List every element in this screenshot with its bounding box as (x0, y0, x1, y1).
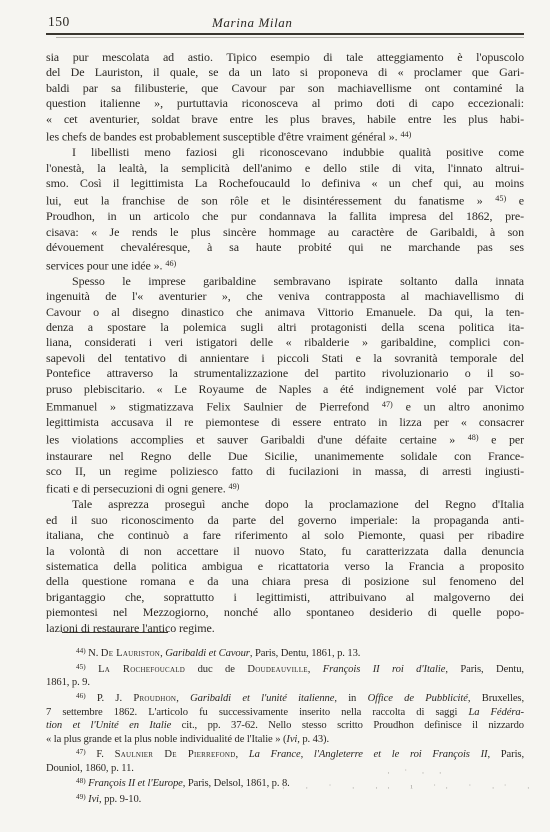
footnote-reference: 45) (495, 194, 506, 203)
text-segment: Spesso le imprese garibaldine sembravano… (72, 274, 524, 288)
text-line: sia pur mescolata ad astio. Tipico esemp… (46, 50, 524, 65)
text-segment: Garibaldi et l'unité italienne (190, 693, 334, 704)
text-line: les chefs de bandes est probablement sus… (46, 127, 524, 145)
text-segment: la volontà di non accettare il nuovo Sta… (46, 544, 524, 558)
footnote-reference: 46) (76, 692, 86, 700)
text-line: « la plus grande et la plus noble indivi… (46, 733, 524, 747)
text-line: 46) P. J. Proudhon, Garibaldi et l'unité… (46, 690, 524, 706)
text-segment: dévouement chevaléresque, à sa haute pro… (46, 240, 524, 254)
text-segment: question italienne », purtuttavia ricono… (46, 96, 524, 110)
text-segment: Office de Pubblicité (368, 693, 468, 704)
text-line: piemontesi nel Mezzogiorno, nonché allo … (46, 605, 524, 620)
text-line: Douniol, 1860, p. 11. (46, 762, 524, 776)
footnote-rule (62, 632, 168, 633)
text-segment: della questione romana e da una chiara p… (46, 574, 524, 588)
text-line: Spesso le imprese garibaldine sembravano… (46, 274, 524, 289)
text-line: 1861, p. 9. (46, 676, 524, 690)
paragraph: Tale asprezza proseguì anche dopo la pro… (46, 497, 524, 636)
text-line: les violations accomplies et sauver Gari… (46, 430, 524, 448)
text-segment: Cavour o al disegno dinastico che animav… (46, 305, 524, 319)
footnote: 47) F. Saulnier De Pierrefond, La France… (46, 746, 524, 775)
text-line: dévouement chevaléresque, à sa haute pro… (46, 240, 524, 255)
text-segment: , (236, 749, 249, 760)
text-segment: La Rochefoucald (98, 664, 185, 675)
text-line: 7 settembre 1862. L'articolo fu successi… (46, 706, 524, 720)
text-line: ed il suo riconoscimento da parte del go… (46, 513, 524, 528)
text-segment: tion et l'Unité en Italie (46, 720, 171, 731)
text-line: pruso plebiscitario. « Le Royaume de Nap… (46, 382, 524, 397)
text-line: 45) La Rochefoucald duc de Doudeauville,… (46, 661, 524, 677)
text-line: baldi par sa filibusterie, que Cavour pa… (46, 81, 524, 96)
text-segment: , (308, 664, 323, 675)
text-line: smo. Così il legittimista La Rochefoucau… (46, 176, 524, 191)
text-segment: brigantaggio che, soprattutto i legittim… (46, 590, 524, 604)
text-segment: N. (86, 648, 101, 659)
text-segment: Garibaldi et Cavour (165, 648, 250, 659)
text-line: 47) F. Saulnier De Pierrefond, La France… (46, 746, 524, 762)
text-line: ingenuità de l'« aventurier », che veniv… (46, 289, 524, 304)
text-segment: del De Lauriston, il quale, se da un lat… (46, 65, 524, 79)
text-line: Proudhon, in un articolo che pur condann… (46, 209, 524, 224)
text-segment: les violations accomplies et sauver Gari… (46, 433, 468, 447)
text-segment: e un altro anonimo (393, 400, 524, 414)
footnote-reference: 45) (76, 663, 86, 671)
footnote-reference: 44) (76, 647, 86, 655)
scanned-page: { "colors": { "paper": "#f6f5f1", "ink":… (0, 0, 550, 832)
text-segment: l'onestà, la lealtà, la semplicità dell'… (46, 161, 524, 175)
scan-noise: · · ˙ · ·· ¹ ˙· ˙ ·˙ · · · ˙ (282, 783, 550, 793)
text-segment: , in (334, 693, 367, 704)
text-segment: « la plus grande et la plus noble indivi… (46, 734, 286, 745)
footnote-reference: 49) (229, 482, 240, 491)
text-segment: les chefs de bandes est probablement sus… (46, 130, 400, 144)
text-segment: Emmanuel » stigmatizzava Felix Saulnier … (46, 400, 382, 414)
text-line: sco II, un regime poliziesco fatto di fu… (46, 464, 524, 479)
text-line: la volontà di non accettare il nuovo Sta… (46, 544, 524, 559)
header-rule (46, 33, 524, 35)
text-segment: Douniol, 1860, p. 11. (46, 763, 134, 774)
text-segment: liana, considerati i veri istigatori del… (46, 335, 524, 349)
text-segment: , p. 43). (297, 734, 329, 745)
text-segment: cisava: « Je rends le plus sincère homma… (46, 225, 524, 239)
text-segment: ficati e di persecuzioni di ogni genere. (46, 482, 229, 496)
text-line: lui, eut la franchise de son rôle et le … (46, 191, 524, 209)
text-segment: , Paris, (487, 749, 524, 760)
text-segment: , Paris, Dentu, 1861, p. 13. (250, 648, 361, 659)
paragraph: I libellisti meno faziosi gli riconoscev… (46, 145, 524, 274)
text-segment: instaurare nel Regno delle Due Sicilie, … (46, 449, 524, 463)
text-line: cisava: « Je rends le plus sincère homma… (46, 225, 524, 240)
page-header: 150 Marina Milan (46, 0, 524, 36)
text-line: legittimista accusava il re piemontese d… (46, 415, 524, 430)
text-segment: piemontesi nel Mezzogiorno, nonché allo … (46, 605, 524, 619)
text-segment: sia pur mescolata ad astio. Tipico esemp… (46, 50, 524, 64)
paragraph: sia pur mescolata ad astio. Tipico esemp… (46, 50, 524, 145)
text-segment: Ivi (286, 734, 297, 745)
text-line: services pour une idée ». 46) (46, 256, 524, 274)
text-segment: « cet aventurier, soldat brave entre les… (46, 112, 524, 126)
footnote-reference: 49) (76, 793, 86, 801)
text-line: I libellisti meno faziosi gli riconoscev… (46, 145, 524, 160)
text-line: brigantaggio che, soprattutto i legittim… (46, 590, 524, 605)
footnote: 45) La Rochefoucald duc de Doudeauville,… (46, 661, 524, 690)
text-segment: sapevoli del tentativo di annientare i p… (46, 351, 524, 365)
text-segment: Proudhon (133, 693, 176, 704)
text-segment: smo. Così il legittimista La Rochefoucau… (46, 176, 524, 190)
text-segment: 7 settembre 1862. L'articolo fu successi… (46, 707, 468, 718)
text-segment: , pp. 9-10. (99, 794, 141, 805)
text-line: instaurare nel Regno delle Due Sicilie, … (46, 449, 524, 464)
text-segment: cit., pp. 37-62. Nello stesso scritto Pr… (171, 720, 524, 731)
scan-noise: · ˙ · · (387, 768, 448, 778)
text-segment: François II roi d'Italie (323, 664, 446, 675)
text-segment: , (176, 693, 190, 704)
footnote-reference: 47) (382, 400, 393, 409)
text-segment (86, 664, 98, 675)
text-segment: Saulnier De Pierrefond (115, 749, 236, 760)
text-line: tion et l'Unité en Italie cit., pp. 37-6… (46, 719, 524, 733)
text-segment: services pour une idée ». (46, 258, 165, 272)
text-segment: La France, l'Angleterre et le roi Franço… (249, 749, 488, 760)
text-segment: Doudeauville (247, 664, 307, 675)
text-line: Cavour o al disegno dinastico che animav… (46, 305, 524, 320)
text-segment: P. J. (86, 693, 134, 704)
text-line: question italienne », purtuttavia ricono… (46, 96, 524, 111)
text-line: l'onestà, la lealtà, la semplicità dell'… (46, 161, 524, 176)
text-segment: pruso plebiscitario. « Le Royaume de Nap… (46, 382, 524, 396)
text-segment: , Paris, Delsol, 1861, p. 8. (183, 779, 290, 790)
page-number: 150 (48, 14, 70, 30)
text-segment: denza a spostare la polemica sugli altri… (46, 320, 524, 334)
text-segment: legittimista accusava il re piemontese d… (46, 415, 524, 429)
text-segment: lui, eut la franchise de son rôle et le … (46, 194, 495, 208)
text-segment: 1861, p. 9. (46, 677, 90, 688)
text-segment: F. (86, 749, 115, 760)
footnote-reference: 46) (165, 259, 176, 268)
text-segment: ingenuità de l'« aventurier », che veniv… (46, 289, 524, 303)
text-segment: ed il suo riconoscimento da parte del go… (46, 513, 524, 527)
text-segment: e per (479, 433, 524, 447)
text-line: 44) N. De Lauriston, Garibaldi et Cavour… (46, 645, 524, 661)
text-line: liana, considerati i veri istigatori del… (46, 335, 524, 350)
paragraph: Spesso le imprese garibaldine sembravano… (46, 274, 524, 498)
text-line: italiana, che continuò a fare riferiment… (46, 528, 524, 543)
header-rule-echo (56, 37, 524, 38)
text-segment: François II et l'Europe (88, 779, 183, 790)
text-line: « cet aventurier, soldat brave entre les… (46, 112, 524, 127)
text-segment: De Lauriston (101, 648, 160, 659)
footnote: 44) N. De Lauriston, Garibaldi et Cavour… (46, 645, 524, 661)
text-line: del De Lauriston, il quale, se da un lat… (46, 65, 524, 80)
text-segment: italiana, che continuò a fare riferiment… (46, 528, 524, 542)
text-line: lazioni di restaurare l'antico regime. (46, 621, 524, 636)
text-segment: sco II, un regime poliziesco fatto di fu… (46, 464, 524, 478)
page-content: 150 Marina Milan sia pur mescolata ad as… (46, 0, 524, 832)
text-line: sapevoli del tentativo di annientare i p… (46, 351, 524, 366)
text-line: ficati e di persecuzioni di ogni genere.… (46, 479, 524, 497)
text-segment: sistematica della politica ambigua e ric… (46, 559, 524, 573)
footnote-reference: 48) (468, 433, 479, 442)
footnote-reference: 48) (76, 777, 86, 785)
running-head: Marina Milan (212, 15, 293, 31)
text-segment: Ivi (88, 794, 99, 805)
text-segment: I libellisti meno faziosi gli riconoscev… (72, 145, 524, 159)
footnote-reference: 44) (400, 130, 411, 139)
footnote-reference: 47) (76, 748, 86, 756)
text-segment: Pontefice attraverso la strumentalizzazi… (46, 366, 524, 380)
text-line: Pontefice attraverso la strumentalizzazi… (46, 366, 524, 381)
text-line: denza a spostare la polemica sugli altri… (46, 320, 524, 335)
text-line: della questione romana e da una chiara p… (46, 574, 524, 589)
footnote: 46) P. J. Proudhon, Garibaldi et l'unité… (46, 690, 524, 746)
text-segment: Proudhon, in un articolo che pur condann… (46, 209, 524, 223)
text-segment: La Fédéra- (468, 707, 524, 718)
text-segment: e (506, 194, 524, 208)
text-line: 49) Ivi, pp. 9-10. (46, 791, 524, 807)
footnote: 49) Ivi, pp. 9-10. (46, 791, 524, 807)
text-line: Tale asprezza proseguì anche dopo la pro… (46, 497, 524, 512)
text-segment: , Paris, Dentu, (445, 664, 524, 675)
text-segment: duc de (185, 664, 247, 675)
text-segment: , Bruxelles, (468, 693, 524, 704)
text-line: sistematica della politica ambigua e ric… (46, 559, 524, 574)
text-segment: baldi par sa filibusterie, que Cavour pa… (46, 81, 524, 95)
body-text: sia pur mescolata ad astio. Tipico esemp… (46, 50, 524, 636)
text-segment: Tale asprezza proseguì anche dopo la pro… (72, 497, 524, 511)
text-line: Emmanuel » stigmatizzava Felix Saulnier … (46, 397, 524, 415)
